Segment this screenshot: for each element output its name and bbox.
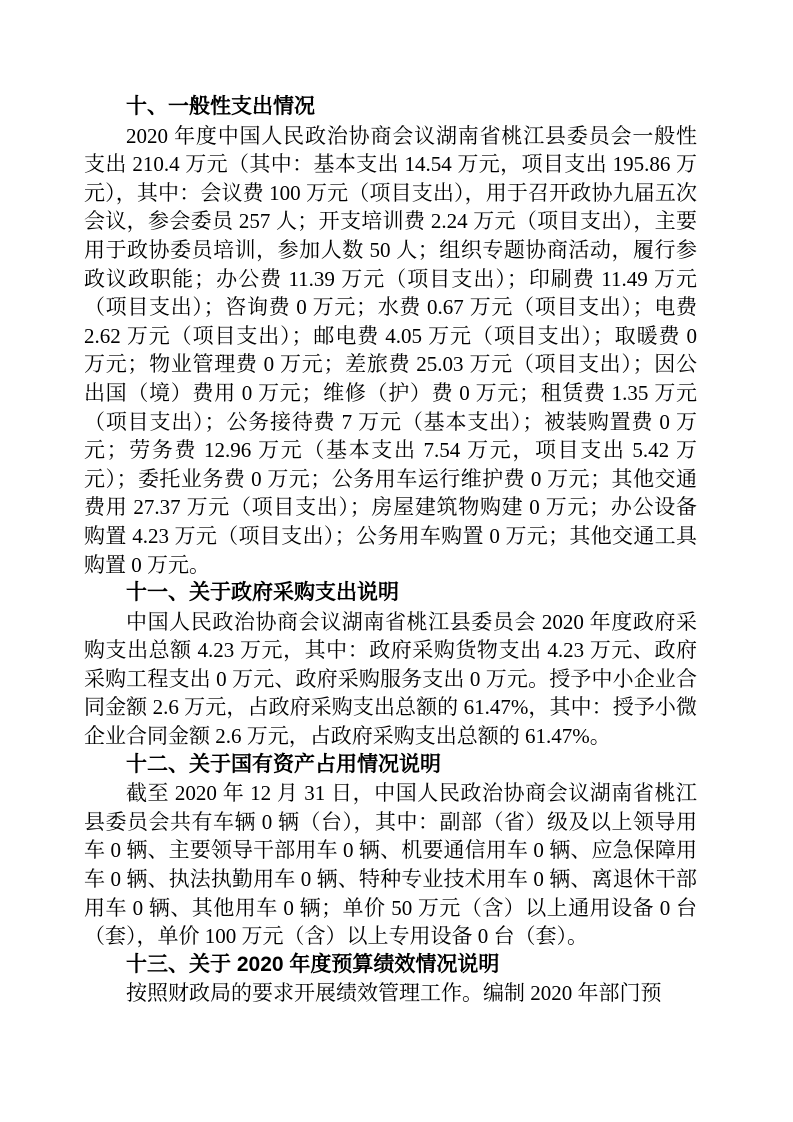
section-paragraph-budget-performance: 按照财政局的要求开展绩效管理工作。编制 2020 年部门预 xyxy=(84,979,697,1008)
document-page: 十、一般性支出情况 2020 年度中国人民政治协商会议湖南省桃江县委员会一般性支… xyxy=(0,0,793,1122)
section-general-expenditure: 十、一般性支出情况 2020 年度中国人民政治协商会议湖南省桃江县委员会一般性支… xyxy=(84,93,697,579)
section-paragraph-general-expenditure: 2020 年度中国人民政治协商会议湖南省桃江县委员会一般性支出 210.4 万元… xyxy=(84,122,697,580)
section-paragraph-government-procurement: 中国人民政治协商会议湖南省桃江县委员会 2020 年度政府采购支出总额 4.23… xyxy=(84,608,697,751)
section-heading-general-expenditure: 十、一般性支出情况 xyxy=(84,93,697,122)
section-budget-performance: 十三、关于 2020 年度预算绩效情况说明 按照财政局的要求开展绩效管理工作。编… xyxy=(84,951,697,1008)
section-heading-budget-performance: 十三、关于 2020 年度预算绩效情况说明 xyxy=(84,951,697,980)
section-paragraph-state-assets: 截至 2020 年 12 月 31 日，中国人民政治协商会议湖南省桃江县委员会共… xyxy=(84,779,697,951)
section-heading-state-assets: 十二、关于国有资产占用情况说明 xyxy=(84,751,697,780)
section-state-assets: 十二、关于国有资产占用情况说明 截至 2020 年 12 月 31 日，中国人民… xyxy=(84,751,697,951)
section-heading-government-procurement: 十一、关于政府采购支出说明 xyxy=(84,579,697,608)
section-government-procurement: 十一、关于政府采购支出说明 中国人民政治协商会议湖南省桃江县委员会 2020 年… xyxy=(84,579,697,751)
